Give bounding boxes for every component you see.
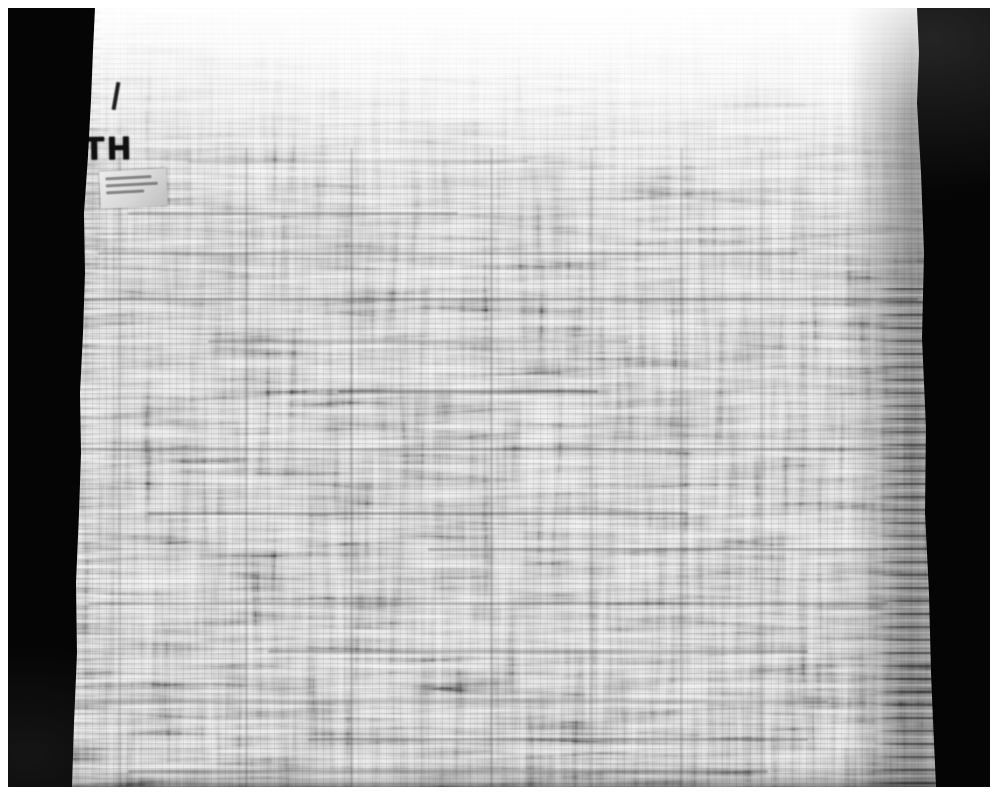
sticker-text-line (105, 175, 151, 180)
weft-streak (268, 650, 808, 653)
weft-streak (68, 448, 928, 451)
warp-streak (490, 148, 493, 787)
warp-streak (680, 148, 683, 787)
dark-backdrop: TH (8, 8, 990, 787)
weft-streak (428, 548, 888, 551)
weft-streak (68, 700, 828, 703)
fine-weave-grid (8, 8, 990, 787)
warp-streak (245, 148, 248, 787)
weft-streak (208, 340, 628, 343)
sticker-label (99, 168, 168, 208)
left-selvage-stripes (68, 8, 104, 787)
right-selvage-fringe (874, 288, 936, 787)
weft-streak (188, 160, 528, 163)
weft-streak (98, 252, 798, 255)
weft-streak (128, 212, 458, 215)
sticker-text-line (106, 182, 158, 188)
weft-streak (78, 298, 918, 301)
weft-streak (128, 770, 768, 773)
sticker-text-line (106, 189, 144, 194)
warp-streak (590, 148, 593, 787)
handwritten-mark: TH (84, 131, 134, 169)
weft-streak (338, 390, 598, 393)
warp-streak (760, 148, 763, 787)
weft-streak (148, 512, 688, 515)
warp-streak (350, 148, 353, 787)
warp-streak (118, 148, 121, 787)
fabric-web: TH (8, 8, 990, 787)
weft-streak (88, 602, 888, 605)
fabric-photograph: TH (0, 0, 1000, 800)
weft-streak (308, 738, 808, 741)
